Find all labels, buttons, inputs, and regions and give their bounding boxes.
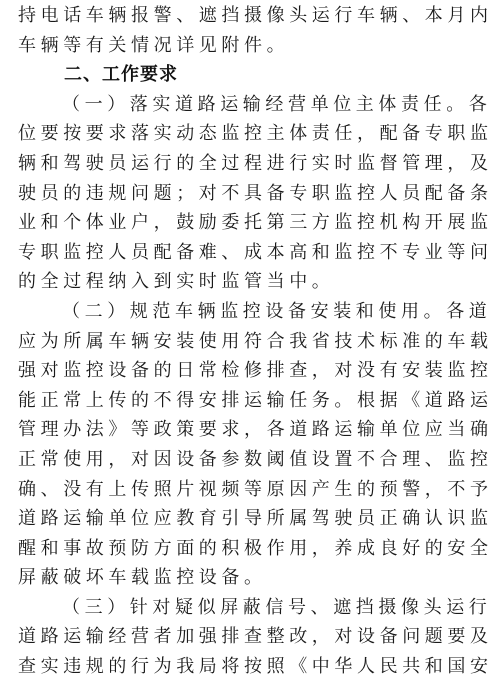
text-line-first: （一）落实道路运输经营单位主体责任。各道路运输经营单 [18, 90, 474, 120]
paragraph-2: （二）规范车辆监控设备安装和使用。各道路运输经营单位 应为所属车辆安装使用符合我… [18, 297, 474, 593]
text-line: 能正常上传的不得安排运输任务。根据《道路运输车辆动态监督 [18, 386, 474, 416]
text-line: 醒和事故预防方面的积极作用，养成良好的安全驾驶习惯，不得 [18, 534, 474, 564]
text-line-first: （三）针对疑似屏蔽信号、遮挡摄像头运行的车辆，请所属 [18, 593, 474, 623]
text-line: 的全过程纳入到实时监管当中。 [18, 267, 474, 297]
text-line: 确、没有上传照片视频等原因产生的预警，不予认定为误报。各 [18, 475, 474, 505]
text-line: 强对监控设备的日常检修排查，对没有安装监控设备或者数据不 [18, 356, 474, 386]
text-line: 屏蔽破坏车载监控设备。 [18, 563, 474, 593]
text-line: 专职监控人员配备难、成本高和监控不专业等问题，将车辆运行 [18, 238, 474, 268]
text-line-first: （二）规范车辆监控设备安装和使用。各道路运输经营单位 [18, 297, 474, 327]
text-line: 业和个体业户，鼓励委托第三方监控机构开展监控工作，以解决 [18, 208, 474, 238]
text-line: 查实违规的行为我局将按照《中华人民共和国安全生产法》《道 [18, 652, 474, 682]
paragraph-3: （三）针对疑似屏蔽信号、遮挡摄像头运行的车辆，请所属 道路运输经营者加强排查整改… [18, 593, 474, 682]
paragraph-1: （一）落实道路运输经营单位主体责任。各道路运输经营单 位要按要求落实动态监控主体… [18, 90, 474, 297]
text-line: 辆和驾驶员运行的全过程进行实时监督管理，及时处理车辆和驾 [18, 149, 474, 179]
text-line: 正常使用，对因设备参数阈值设置不合理、监控摄像头位置不正 [18, 445, 474, 475]
text-line: 管理办法》等政策要求，各道路运输单位应当确保车载监控设备 [18, 415, 474, 445]
text-line: 驶员的违规问题；对不具备专职监控人员配备条件的中小运输企 [18, 179, 474, 209]
text-line: 道路运输单位应教育引导所属驾驶员正确认识监控设备在风险提 [18, 504, 474, 534]
section-heading: 二、工作要求 [18, 60, 474, 90]
text-line: 车辆等有关情况详见附件。 [18, 31, 474, 61]
text-line: 道路运输经营者加强排查整改，对设备问题要及时检修处理，对 [18, 622, 474, 652]
text-line: 持电话车辆报警、遮挡摄像头运行车辆、本月内从未上报数据的 [18, 1, 474, 31]
intro-continuation: 持电话车辆报警、遮挡摄像头运行车辆、本月内从未上报数据的 车辆等有关情况详见附件… [18, 1, 474, 60]
document-page: 持电话车辆报警、遮挡摄像头运行车辆、本月内从未上报数据的 车辆等有关情况详见附件… [18, 1, 474, 682]
text-line: 应为所属车辆安装使用符合我省技术标准的车载监控设备，并加 [18, 327, 474, 357]
text-line: 位要按要求落实动态监控主体责任，配备专职监控人员对所属车 [18, 119, 474, 149]
